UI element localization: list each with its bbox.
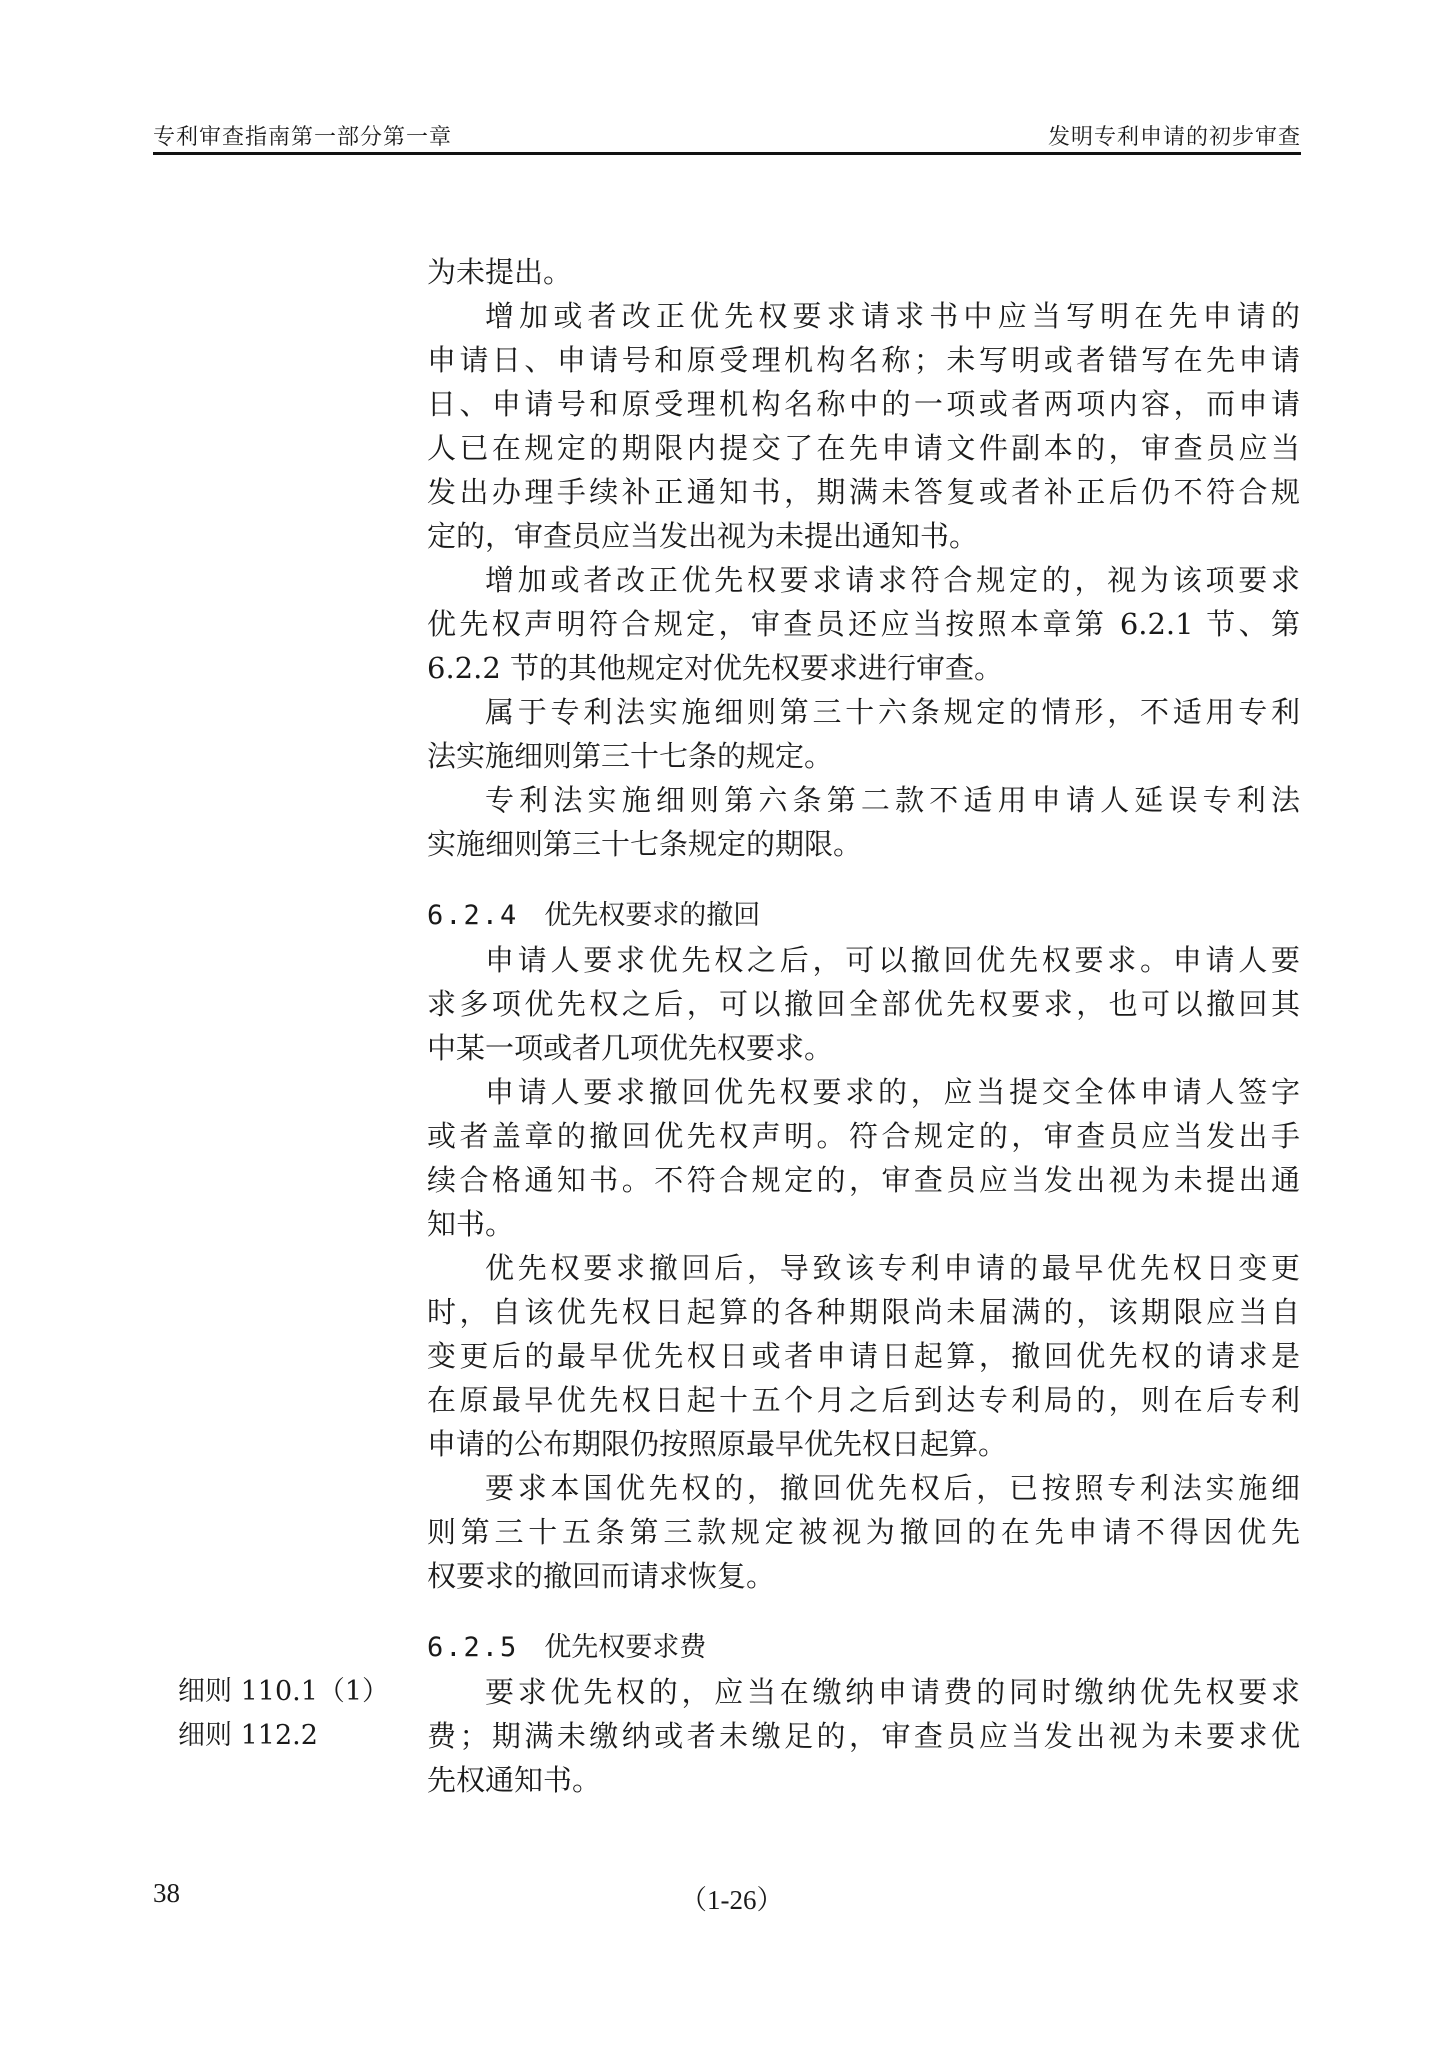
page-number: 38 xyxy=(153,1878,180,1909)
paragraph-line: 为未提出。 xyxy=(427,250,1300,294)
section-number: 6.2.4 xyxy=(427,900,518,931)
paragraph-line: 或者盖章的撤回优先权声明。符合规定的，审查员应当发出手 xyxy=(427,1114,1300,1158)
section-heading-6-2-5: 6.2.5优先权要求费 xyxy=(427,1626,706,1670)
paragraph-line: 申请人要求撤回优先权要求的，应当提交全体申请人签字 xyxy=(427,1070,1300,1114)
paragraph-line: 则第三十五条第三款规定被视为撤回的在先申请不得因优先 xyxy=(427,1510,1300,1554)
section-title: 优先权要求的撤回 xyxy=(544,900,760,931)
paragraph-line: 增加或者改正优先权要求请求符合规定的，视为该项要求 xyxy=(427,558,1300,602)
paragraph-line: 增加或者改正优先权要求请求书中应当写明在先申请的 xyxy=(427,294,1300,338)
paragraph-line: 中某一项或者几项优先权要求。 xyxy=(427,1026,1300,1070)
header-section-title: 发明专利申请的初步审查 xyxy=(1048,120,1301,151)
paragraph-line: 时，自该优先权日起算的各种期限尚未届满的，该期限应当自 xyxy=(427,1290,1300,1334)
paragraph-line: 发出办理手续补正通知书，期满未答复或者补正后仍不符合规 xyxy=(427,470,1300,514)
header-chapter-title: 专利审查指南第一部分第一章 xyxy=(153,120,452,151)
paragraph-line: 日、申请号和原受理机构名称中的一项或者两项内容，而申请 xyxy=(427,382,1300,426)
paragraph-line: 要求优先权的，应当在缴纳申请费的同时缴纳优先权要求 xyxy=(427,1670,1300,1714)
paragraph-line: 申请的公布期限仍按照原最早优先权日起算。 xyxy=(427,1422,1300,1466)
section-page-number: （1-26） xyxy=(680,1878,784,1917)
paragraph-line: 实施细则第三十七条规定的期限。 xyxy=(427,822,1300,866)
margin-note-rule-reference: 细则 112.2 xyxy=(178,1714,318,1758)
paragraph-line: 专利法实施细则第六条第二款不适用申请人延误专利法 xyxy=(427,778,1300,822)
paragraph-line: 人已在规定的期限内提交了在先申请文件副本的，审查员应当 xyxy=(427,426,1300,470)
header-divider xyxy=(153,152,1301,155)
paragraph-line: 要求本国优先权的，撤回优先权后，已按照专利法实施细 xyxy=(427,1466,1300,1510)
margin-note-rule-reference: 细则 110.1（1） xyxy=(178,1670,389,1714)
paragraph-line: 权要求的撤回而请求恢复。 xyxy=(427,1554,1300,1598)
paragraph-line: 6.2.2 节的其他规定对优先权要求进行审查。 xyxy=(427,646,1300,690)
paragraph-line: 定的，审查员应当发出视为未提出通知书。 xyxy=(427,514,1300,558)
paragraph-line: 申请日、申请号和原受理机构名称；未写明或者错写在先申请 xyxy=(427,338,1300,382)
paragraph-line: 求多项优先权之后，可以撤回全部优先权要求，也可以撤回其 xyxy=(427,982,1300,1026)
paragraph-line: 在原最早优先权日起十五个月之后到达专利局的，则在后专利 xyxy=(427,1378,1300,1422)
paragraph-line: 申请人要求优先权之后，可以撤回优先权要求。申请人要 xyxy=(427,938,1300,982)
section-title: 优先权要求费 xyxy=(544,1632,706,1663)
paragraph-line: 费；期满未缴纳或者未缴足的，审查员应当发出视为未要求优 xyxy=(427,1714,1300,1758)
paragraph-line: 法实施细则第三十七条的规定。 xyxy=(427,734,1300,778)
paragraph-line: 变更后的最早优先权日或者申请日起算，撤回优先权的请求是 xyxy=(427,1334,1300,1378)
paragraph-line: 优先权声明符合规定，审查员还应当按照本章第 6.2.1 节、第 xyxy=(427,602,1300,646)
paragraph-line: 先权通知书。 xyxy=(427,1758,1300,1802)
running-header: 专利审查指南第一部分第一章 发明专利申请的初步审查 xyxy=(153,120,1301,156)
section-number: 6.2.5 xyxy=(427,1632,518,1663)
section-heading-6-2-4: 6.2.4优先权要求的撤回 xyxy=(427,894,760,938)
paragraph-line: 续合格通知书。不符合规定的，审查员应当发出视为未提出通 xyxy=(427,1158,1300,1202)
paragraph-line: 属于专利法实施细则第三十六条规定的情形，不适用专利 xyxy=(427,690,1300,734)
paragraph-line: 优先权要求撤回后，导致该专利申请的最早优先权日变更 xyxy=(427,1246,1300,1290)
paragraph-line: 知书。 xyxy=(427,1202,1300,1246)
